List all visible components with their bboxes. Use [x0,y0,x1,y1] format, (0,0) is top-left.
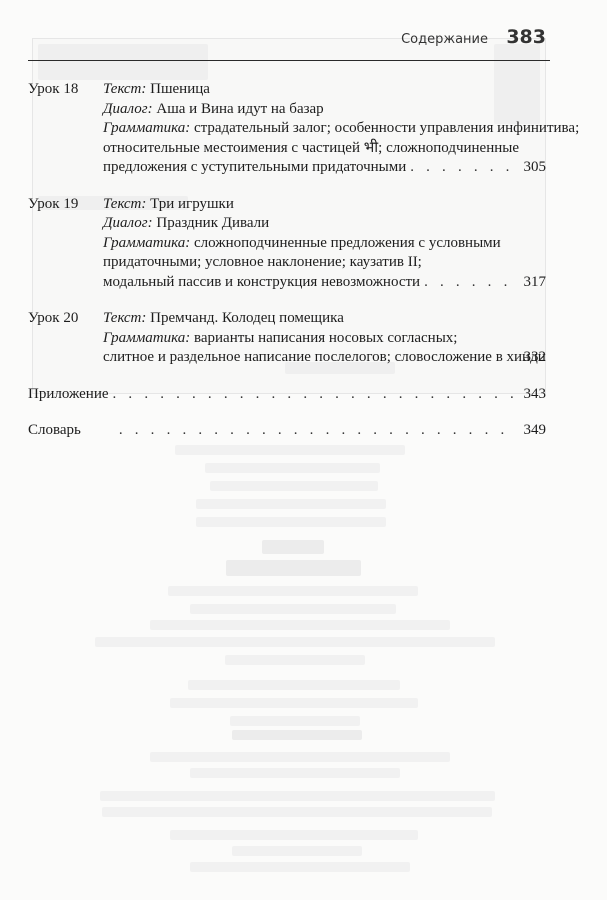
lesson-label: Урок 19 [28,195,103,215]
grammar-text: относительные местоимения с частицей भी;… [103,139,520,159]
toc-entry-lesson-18[interactable]: Урок 18 Текст: Пшеница Диалог: Аша и Вин… [28,80,546,178]
show-through-line [225,655,365,665]
grammar-last-line: предложения с уступительными придаточным… [103,158,520,178]
grammar-text: страдательный залог; особенности управле… [194,120,579,136]
table-of-contents: Урок 18 Текст: Пшеница Диалог: Аша и Вин… [28,80,546,458]
dialog-label: Диалог: [103,101,153,117]
text-line: Текст: Три игрушки [103,195,520,215]
grammar-line: Грамматика: сложноподчиненные предложени… [103,234,520,254]
text-value: Премчанд. Колодец помещика [150,310,344,326]
toc-entry-dictionary[interactable]: Словарь . . . . . . . . . . . . . . . . … [28,421,546,441]
show-through-line [196,517,386,527]
lesson-label: Урок 20 [28,309,103,329]
show-through-line [196,499,386,509]
grammar-line: Грамматика: страдательный залог; особенн… [103,119,520,139]
text-value: Пшеница [150,81,210,97]
show-through-line [205,463,380,473]
grammar-text: слитное и раздельное написание послелого… [103,348,546,368]
grammar-text: модальный пассив и конструкция невозможн… [103,273,420,293]
grammar-label: Грамматика: [103,330,190,346]
show-through-line [232,846,362,856]
dialog-line: Диалог: Праздник Дивали [103,214,520,234]
grammar-last-line: слитное и раздельное написание послелого… [103,348,520,368]
show-through-line [232,730,362,740]
section-title: Содержание [401,32,488,47]
show-through-line [150,752,450,762]
appendix-label: Приложение [28,385,109,405]
text-label: Текст: [103,81,146,97]
toc-entry-lesson-20[interactable]: Урок 20 Текст: Премчанд. Колодец помещик… [28,309,546,368]
grammar-text: придаточными; условное наклонение; кауза… [103,253,520,273]
grammar-text: предложения с уступительными придаточным… [103,158,406,178]
show-through-line [100,791,495,801]
page-ref: 305 [520,158,546,178]
show-through-line [150,620,450,630]
show-through-line [102,807,492,817]
page-number: 383 [506,26,546,48]
dot-leader: . . . . . . . . . . . . . . . . . . . . … [424,273,516,293]
show-through-line [170,830,418,840]
show-through-line [190,862,410,872]
dialog-label: Диалог: [103,215,153,231]
grammar-text: сложноподчиненные предложения с условным… [194,235,501,251]
grammar-last-line: модальный пассив и конструкция невозможн… [103,273,520,293]
page-ref: 332 [520,348,546,368]
text-value: Три игрушки [150,196,234,212]
page-ref: 349 [520,421,546,441]
show-through-line [262,540,324,554]
show-through-line [210,481,378,491]
toc-entry-appendix[interactable]: Приложение . . . . . . . . . . . . . . .… [28,385,546,405]
text-label: Текст: [103,310,146,326]
text-line: Текст: Пшеница [103,80,520,100]
grammar-text: варианты написания носовых согласных; [194,330,457,346]
show-through-line [190,768,400,778]
page-ref: 317 [520,273,546,293]
text-line: Текст: Премчанд. Колодец помещика [103,309,520,329]
running-header: Содержание 383 [28,22,550,61]
show-through-line [226,560,361,576]
dialog-line: Диалог: Аша и Вина идут на базар [103,100,520,120]
grammar-line: Грамматика: варианты написания носовых с… [103,329,520,349]
dot-leader: . . . . . . . . . . . . . . . . . . . . … [113,385,516,405]
dot-leader: . . . . . . . . . . . . . . . . . . . . … [410,158,516,178]
toc-entry-lesson-19[interactable]: Урок 19 Текст: Три игрушки Диалог: Празд… [28,195,546,293]
lesson-label: Урок 18 [28,80,103,100]
grammar-label: Грамматика: [103,235,190,251]
show-through-line [95,637,495,647]
show-through-line [168,586,418,596]
dialog-value: Аша и Вина идут на базар [156,101,323,117]
dialog-value: Праздник Дивали [156,215,269,231]
text-label: Текст: [103,196,146,212]
show-through-line [230,716,360,726]
grammar-label: Грамматика: [103,120,190,136]
page-ref: 343 [520,385,546,405]
show-through-line [188,680,400,690]
show-through-line [170,698,418,708]
dictionary-label: Словарь [28,421,81,441]
show-through-line [190,604,396,614]
dot-leader: . . . . . . . . . . . . . . . . . . . . … [119,421,516,441]
